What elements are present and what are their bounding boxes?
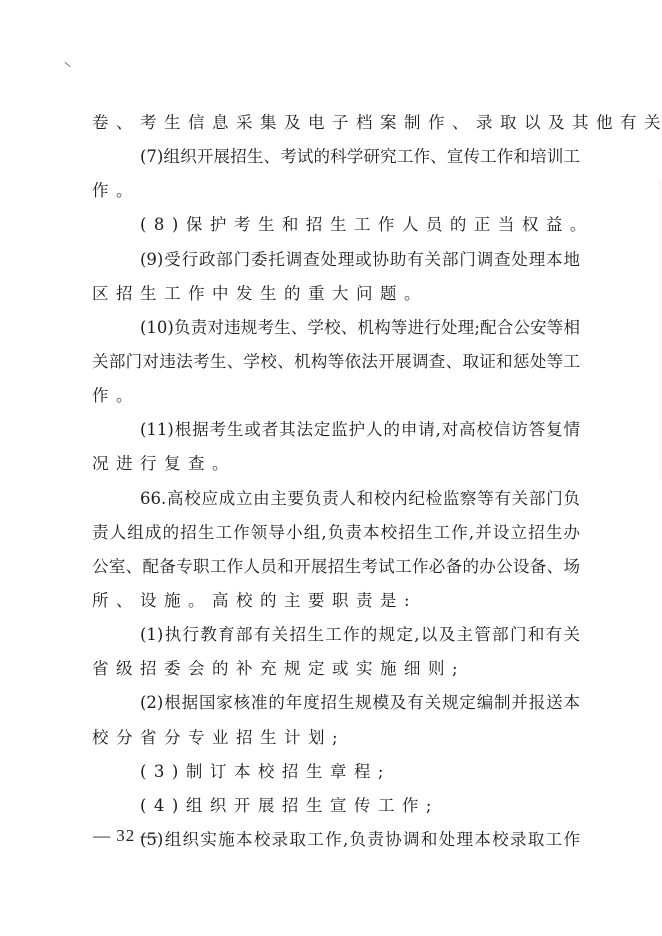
document-page: 卷、考生信息采集及电子档案制作、录取以及其他有关工作。(7)组织开展招生、考试的… <box>0 0 662 936</box>
text-line: (5)组织实施本校录取工作,负责协调和处理本校录取工作 <box>92 823 580 857</box>
text-line: 所、设施。高校的主要职责是: <box>92 584 580 618</box>
text-line: (9)受行政部门委托调查处理或协助有关部门调查处理本地 <box>92 243 580 277</box>
text-line: 关部门对违法考生、学校、机构等依法开展调查、取证和惩处等工 <box>92 345 580 379</box>
text-line: 作。 <box>92 174 580 208</box>
text-line: (1)执行教育部有关招生工作的规定,以及主管部门和有关 <box>92 618 580 652</box>
text-line: (11)根据考生或者其法定监护人的申请,对高校信访答复情 <box>92 413 580 447</box>
text-line: (8)保护考生和招生工作人员的正当权益。 <box>92 208 580 242</box>
text-line: 况进行复查。 <box>92 447 580 481</box>
text-line: 作。 <box>92 379 580 413</box>
text-line: (4)组织开展招生宣传工作; <box>92 789 580 823</box>
text-line: 责人组成的招生工作领导小组,负责本校招生工作,并设立招生办 <box>92 516 580 550</box>
text-line: (2)根据国家核准的年度招生规模及有关规定编制并报送本 <box>92 686 580 720</box>
text-line: (10)负责对违规考生、学校、机构等进行处理;配合公安等相 <box>92 311 580 345</box>
text-line: 公室、配备专职工作人员和开展招生考试工作必备的办公设备、场 <box>92 550 580 584</box>
text-line: (3)制订本校招生章程; <box>92 755 580 789</box>
text-line: 卷、考生信息采集及电子档案制作、录取以及其他有关工作。 <box>92 106 580 140</box>
text-line: (7)组织开展招生、考试的科学研究工作、宣传工作和培训工 <box>92 140 580 174</box>
text-line: 省级招委会的补充规定或实施细则; <box>92 652 580 686</box>
scan-mark <box>64 62 70 67</box>
page-number: — 32 — <box>93 826 159 846</box>
text-line: 校分省分专业招生计划; <box>92 721 580 755</box>
text-line: 区招生工作中发生的重大问题。 <box>92 277 580 311</box>
body-text: 卷、考生信息采集及电子档案制作、录取以及其他有关工作。(7)组织开展招生、考试的… <box>92 106 580 857</box>
text-line: 66.高校应成立由主要负责人和校内纪检监察等有关部门负 <box>92 482 580 516</box>
